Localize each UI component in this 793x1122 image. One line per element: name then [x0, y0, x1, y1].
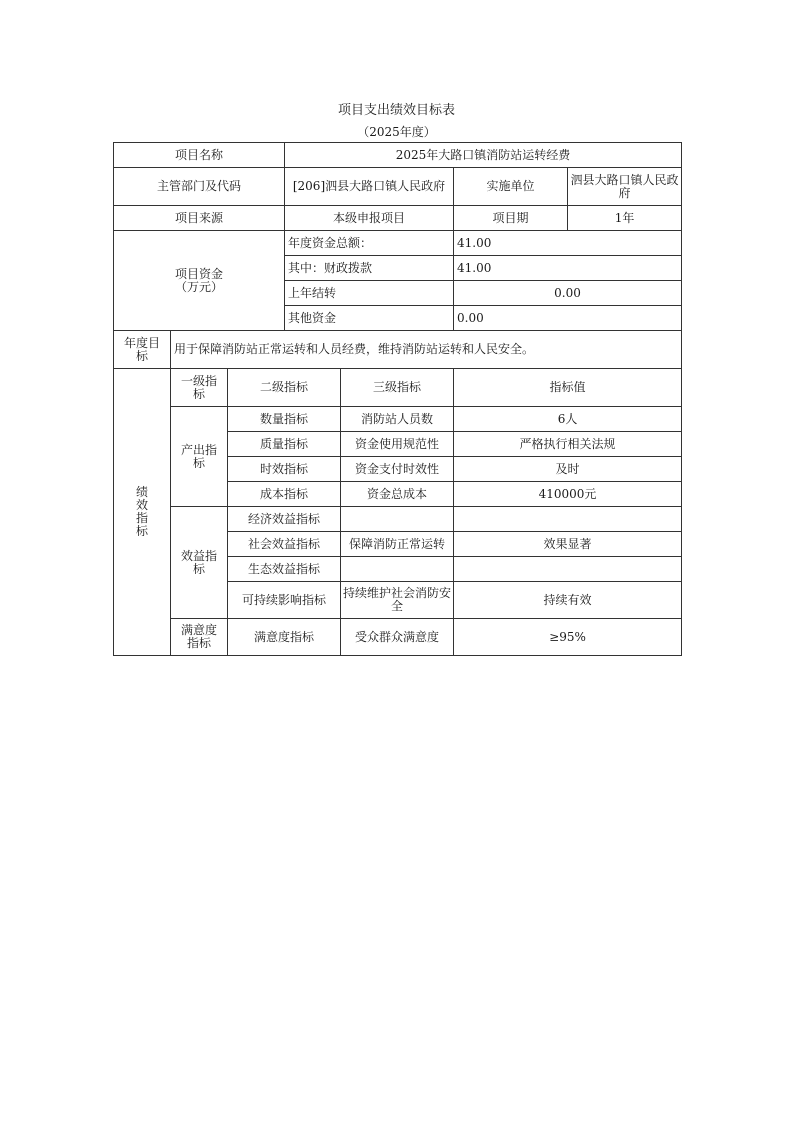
level2-cell: 生态效益指标 [228, 557, 341, 582]
value-cell: 6人 [454, 407, 682, 432]
level2-cell: 质量指标 [228, 432, 341, 457]
project-name-label: 项目名称 [114, 143, 285, 168]
funds-other-value: 0.00 [454, 306, 682, 331]
document-title: 项目支出绩效目标表 [0, 99, 793, 118]
source-label: 项目来源 [114, 206, 285, 231]
document-subtitle: （2025年度） [0, 123, 793, 140]
level2-cell: 数量指标 [228, 407, 341, 432]
funds-carryover-label: 上年结转 [285, 281, 454, 306]
funds-label: 项目资金 [116, 268, 282, 281]
level1-satisfaction: 满意度指标 [171, 619, 228, 656]
table-row: 满意度指标 满意度指标 受众群众满意度 ≥95% [114, 619, 682, 656]
funds-fiscal-label: 其中：财政拨款 [285, 256, 454, 281]
level3-cell [341, 507, 454, 532]
level3-cell [341, 557, 454, 582]
dept-value: [206]泗县大路口镇人民政府 [285, 168, 454, 206]
funds-other-label: 其他资金 [285, 306, 454, 331]
level3-cell: 持续维护社会消防安全 [341, 582, 454, 619]
value-cell [454, 557, 682, 582]
funds-unit: （万元） [116, 281, 282, 294]
level1-output: 产出指标 [171, 407, 228, 507]
row-performance-header: 绩效指标 一级指标 二级指标 三级指标 指标值 [114, 369, 682, 407]
funds-fiscal-value: 41.00 [454, 256, 682, 281]
impl-unit-label: 实施单位 [454, 168, 568, 206]
level3-cell: 受众群众满意度 [341, 619, 454, 656]
performance-label: 绩效指标 [114, 369, 171, 656]
row-annual-goal: 年度目标 用于保障消防站正常运转和人员经费，维持消防站运转和人民安全。 [114, 331, 682, 369]
funds-total-label: 年度资金总额： [285, 231, 454, 256]
funds-total-value: 41.00 [454, 231, 682, 256]
dept-label: 主管部门及代码 [114, 168, 285, 206]
performance-target-table: 项目名称 2025年大路口镇消防站运转经费 主管部门及代码 [206]泗县大路口… [113, 142, 682, 656]
level2-cell: 经济效益指标 [228, 507, 341, 532]
row-source: 项目来源 本级申报项目 项目期 1年 [114, 206, 682, 231]
row-project-name: 项目名称 2025年大路口镇消防站运转经费 [114, 143, 682, 168]
period-label: 项目期 [454, 206, 568, 231]
level2-cell: 时效指标 [228, 457, 341, 482]
level3-cell: 资金总成本 [341, 482, 454, 507]
impl-unit-value: 泗县大路口镇人民政府 [568, 168, 682, 206]
period-value: 1年 [568, 206, 682, 231]
header-level2: 二级指标 [228, 369, 341, 407]
level3-cell: 资金使用规范性 [341, 432, 454, 457]
annual-goal-text: 用于保障消防站正常运转和人员经费，维持消防站运转和人民安全。 [171, 331, 682, 369]
level2-cell: 社会效益指标 [228, 532, 341, 557]
header-level3: 三级指标 [341, 369, 454, 407]
header-level1: 一级指标 [171, 369, 228, 407]
annual-goal-label: 年度目标 [114, 331, 171, 369]
funds-carryover-value: 0.00 [454, 281, 682, 306]
value-cell: ≥95% [454, 619, 682, 656]
header-value: 指标值 [454, 369, 682, 407]
level2-cell: 可持续影响指标 [228, 582, 341, 619]
source-value: 本级申报项目 [285, 206, 454, 231]
level1-benefit: 效益指标 [171, 507, 228, 619]
row-department: 主管部门及代码 [206]泗县大路口镇人民政府 实施单位 泗县大路口镇人民政府 [114, 168, 682, 206]
level2-cell: 成本指标 [228, 482, 341, 507]
value-cell: 及时 [454, 457, 682, 482]
value-cell [454, 507, 682, 532]
value-cell: 严格执行相关法规 [454, 432, 682, 457]
level3-cell: 保障消防正常运转 [341, 532, 454, 557]
value-cell: 持续有效 [454, 582, 682, 619]
value-cell: 410000元 [454, 482, 682, 507]
level3-cell: 消防站人员数 [341, 407, 454, 432]
project-name-value: 2025年大路口镇消防站运转经费 [285, 143, 682, 168]
value-cell: 效果显著 [454, 532, 682, 557]
level2-cell: 满意度指标 [228, 619, 341, 656]
funds-label-cell: 项目资金 （万元） [114, 231, 285, 331]
level3-cell: 资金支付时效性 [341, 457, 454, 482]
table-row: 效益指标 经济效益指标 [114, 507, 682, 532]
row-funds-total: 项目资金 （万元） 年度资金总额： 41.00 [114, 231, 682, 256]
table-row: 产出指标 数量指标 消防站人员数 6人 [114, 407, 682, 432]
